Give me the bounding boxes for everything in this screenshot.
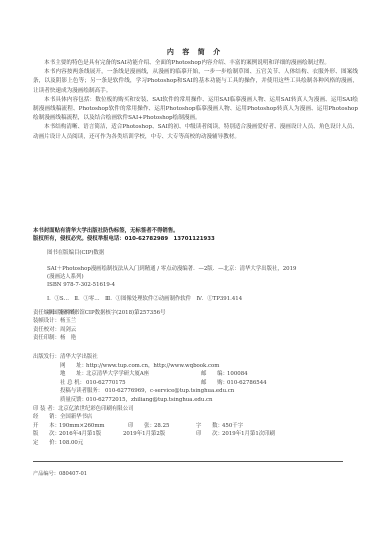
staff-credits: 责任编辑：杨作梅 装帧设计：杨玉兰 责任校对：周剑云 责任印制：杨 艳 (33, 309, 76, 342)
summary-paragraph: 本书内容按两条线展开，一条线是漫画线，从漫画的临摹开始，一步一步绘制草图、五官关… (33, 68, 358, 96)
staff-row: 责任印制：杨 艳 (33, 334, 76, 342)
distributor-row: 经 销：全国新华书店 (33, 413, 363, 422)
phone-row: 社 总 机： 010-62770175 邮 购： 010-62786544 (33, 379, 363, 388)
publishing-info: 出版发行：清华大学出版社 网 址： http://www.tup.com.cn，… (33, 353, 363, 448)
printer-row: 印 装 者：北京亿浓世纪彩色印刷有限公司 (33, 405, 363, 414)
summary-paragraph: 本书结构清晰、语言简洁，适合Photoshop、SAI的初、中级读者阅读，特别适… (33, 123, 358, 141)
copyright-notice: 版权所有，侵权必究。侵权举报电话：010-62782989 1370112193… (33, 235, 363, 243)
staff-row: 责任校对：周剑云 (33, 326, 76, 334)
summary-paragraph: 本书主要的特色是具有完备的SAI功能介绍、全面的Photoshop内容介绍、丰富… (33, 59, 358, 68)
anti-counterfeit-notice: 本书封面贴有清华大学出版社防伪标签，无标签者不得销售。 版权所有，侵权必究。侵权… (33, 227, 363, 243)
format-row: 开 本： 190mm×260mm 印 张： 28.25 字 数： 450千字 (33, 422, 363, 431)
publisher-row: 出版发行：清华大学出版社 (33, 353, 363, 362)
service-row: 投稿与读者服务： 010-62776969，c-service@tup.tsin… (33, 387, 363, 396)
quality-row: 质量反馈： 010-62772015，zhiliang@tup.tsinghua… (33, 396, 363, 405)
cip-classification: Ⅰ．①S… Ⅱ．①零… Ⅲ．①图像处理软件②动画制作软件 Ⅳ．①TP391.41… (47, 295, 242, 303)
cip-isbn: ISBN 978-7-302-51619-4 (47, 281, 115, 289)
service-contact[interactable]: 010-62776969，c-service@tup.tsinghua.edu.… (105, 387, 234, 396)
divider-line (33, 461, 343, 462)
quality-contact[interactable]: 010-62772015，zhiliang@tup.tsinghua.edu.c… (86, 396, 213, 405)
summary-paragraph: 本书具体内容包括：数位板的购买和安装、SAI软件的常用操作、运用SAI临摹漫画人… (33, 96, 358, 124)
summary-title: 内 容 简 介 (0, 47, 390, 57)
website-link[interactable]: http://www.tup.com.cn，http://www.wqbook.… (86, 362, 219, 371)
product-code: 产品编号：080407-01 (33, 470, 87, 477)
staff-row: 责任编辑：杨作梅 (33, 309, 76, 317)
website-row: 网 址： http://www.tup.com.cn，http://www.wq… (33, 362, 363, 371)
price-row: 定 价： 108.00元 (33, 439, 363, 448)
address-row: 地 址： 北京清华大学学研大厦A座 邮 编： 100084 (33, 370, 363, 379)
summary-body: 本书主要的特色是具有完备的SAI功能介绍、全面的Photoshop内容介绍、丰富… (33, 59, 358, 142)
copyright-page: 内 容 简 介 本书主要的特色是具有完备的SAI功能介绍、全面的Photosho… (0, 0, 390, 546)
cip-heading: 图书在版编目(CIP)数据 (47, 249, 104, 257)
label-notice: 本书封面贴有清华大学出版社防伪标签，无标签者不得销售。 (33, 227, 363, 235)
staff-row: 装帧设计：杨玉兰 (33, 317, 76, 325)
cip-title-line: SAI＋Photoshop漫画绘制技法从入门到精通 / 零点动漫编著．—2版．—… (47, 265, 296, 273)
cip-series: (漫画达人系列) (47, 273, 84, 281)
edition-row: 版 次： 2016年4月第1版 2019年1月第2版 印 次： 2019年1月第… (33, 430, 363, 439)
